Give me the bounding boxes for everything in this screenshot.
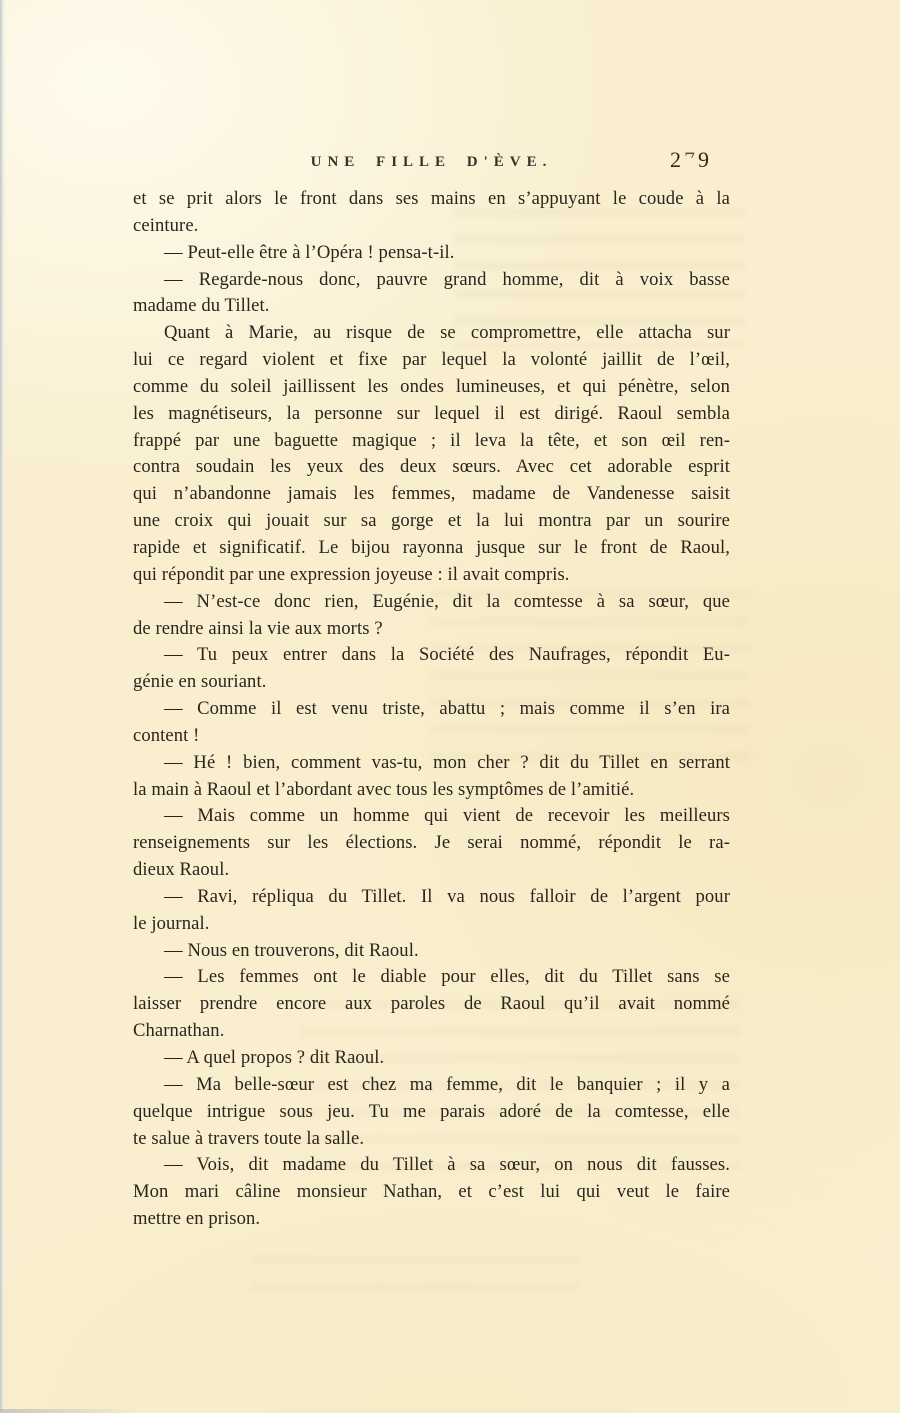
paragraph: et se prit alors le front dans ses mains… (133, 186, 730, 240)
text-line: lui ce regard violent et fixe par lequel… (133, 347, 730, 374)
text-line: génie en souriant. (133, 669, 730, 696)
paragraph: — Hé ! bien, comment vas-tu, mon cher ? … (133, 750, 730, 804)
text-line: les magnétiseurs, la personne sur lequel… (133, 401, 730, 428)
paragraph: — Peut-elle être à l’Opéra ! pensa-t-il. (133, 240, 730, 267)
text-line: — Les femmes ont le diable pour elles, d… (133, 964, 730, 991)
text-line: quelque intrigue sous jeu. Tu me parais … (133, 1099, 730, 1126)
paragraph: — Ma belle-sœur est chez ma femme, dit l… (133, 1072, 730, 1153)
text-line: qui n’abandonne jamais les femmes, madam… (133, 481, 730, 508)
text-line: mettre en prison. (133, 1206, 730, 1233)
text-line: qui répondit par une expression joyeuse … (133, 562, 730, 589)
paragraph: — Ravi, répliqua du Tillet. Il va nous f… (133, 884, 730, 938)
text-line: — N’est-ce donc rien, Eugénie, dit la co… (133, 589, 730, 616)
page-number: 279 (670, 147, 712, 173)
text-line: — Regarde-nous donc, pauvre grand homme,… (133, 267, 730, 294)
show-through-ghost (250, 1255, 580, 1295)
text-line: Mon mari câline monsieur Nathan, et c’es… (133, 1179, 730, 1206)
text-line: — Nous en trouverons, dit Raoul. (133, 938, 730, 965)
paragraph: Quant à Marie, au risque de se compromet… (133, 320, 730, 588)
text-line: — Tu peux entrer dans la Société des Nau… (133, 642, 730, 669)
text-line: rapide et significatif. Le bijou rayonna… (133, 535, 730, 562)
text-line: Quant à Marie, au risque de se compromet… (133, 320, 730, 347)
paragraph: — N’est-ce donc rien, Eugénie, dit la co… (133, 589, 730, 643)
text-line: — Ravi, répliqua du Tillet. Il va nous f… (133, 884, 730, 911)
text-line: renseignements sur les élections. Je ser… (133, 830, 730, 857)
text-line: Charnathan. (133, 1018, 730, 1045)
text-line: le journal. (133, 911, 730, 938)
page-number-digit: 2 (670, 147, 684, 173)
running-title: UNE FILLE D'ÈVE. (133, 154, 730, 171)
text-line: contra soudain les yeux des deux sœurs. … (133, 454, 730, 481)
text-line: — Comme il est venu triste, abattu ; mai… (133, 696, 730, 723)
page-number-digit: 9 (698, 147, 712, 173)
paragraph: — Regarde-nous donc, pauvre grand homme,… (133, 267, 730, 321)
paragraph: — Les femmes ont le diable pour elles, d… (133, 964, 730, 1045)
text-line: de rendre ainsi la vie aux morts ? (133, 616, 730, 643)
text-line: — A quel propos ? dit Raoul. (133, 1045, 730, 1072)
text-line: — Peut-elle être à l’Opéra ! pensa-t-il. (133, 240, 730, 267)
text-line: madame du Tillet. (133, 293, 730, 320)
text-line: te salue à travers toute la salle. (133, 1126, 730, 1153)
paragraph: — Comme il est venu triste, abattu ; mai… (133, 696, 730, 750)
text-block: et se prit alors le front dans ses mains… (133, 186, 730, 1233)
book-page: UNE FILLE D'ÈVE. 279 et se prit alors le… (0, 0, 900, 1413)
text-line: laisser prendre encore aux paroles de Ra… (133, 991, 730, 1018)
text-line: — Ma belle-sœur est chez ma femme, dit l… (133, 1072, 730, 1099)
page-number-digit: 7 (684, 147, 698, 173)
text-line: ceinture. (133, 213, 730, 240)
scan-edge-bottom (0, 1409, 140, 1413)
paragraph: — Tu peux entrer dans la Société des Nau… (133, 642, 730, 696)
text-line: dieux Raoul. (133, 857, 730, 884)
text-line: comme du soleil jaillissent les ondes lu… (133, 374, 730, 401)
text-line: et se prit alors le front dans ses mains… (133, 186, 730, 213)
paragraph: — Nous en trouverons, dit Raoul. (133, 938, 730, 965)
text-line: frappé par une baguette magique ; il lev… (133, 428, 730, 455)
text-line: une croix qui jouait sur sa gorge et la … (133, 508, 730, 535)
paragraph: — A quel propos ? dit Raoul. (133, 1045, 730, 1072)
text-line: la main à Raoul et l’abordant avec tous … (133, 777, 730, 804)
scan-edge-left (0, 0, 6, 1413)
text-line: — Mais comme un homme qui vient de recev… (133, 803, 730, 830)
text-line: — Vois, dit madame du Tillet à sa sœur, … (133, 1152, 730, 1179)
text-line: — Hé ! bien, comment vas-tu, mon cher ? … (133, 750, 730, 777)
paragraph: — Mais comme un homme qui vient de recev… (133, 803, 730, 884)
paragraph: — Vois, dit madame du Tillet à sa sœur, … (133, 1152, 730, 1233)
page-header: UNE FILLE D'ÈVE. 279 (133, 150, 730, 180)
text-line: content ! (133, 723, 730, 750)
